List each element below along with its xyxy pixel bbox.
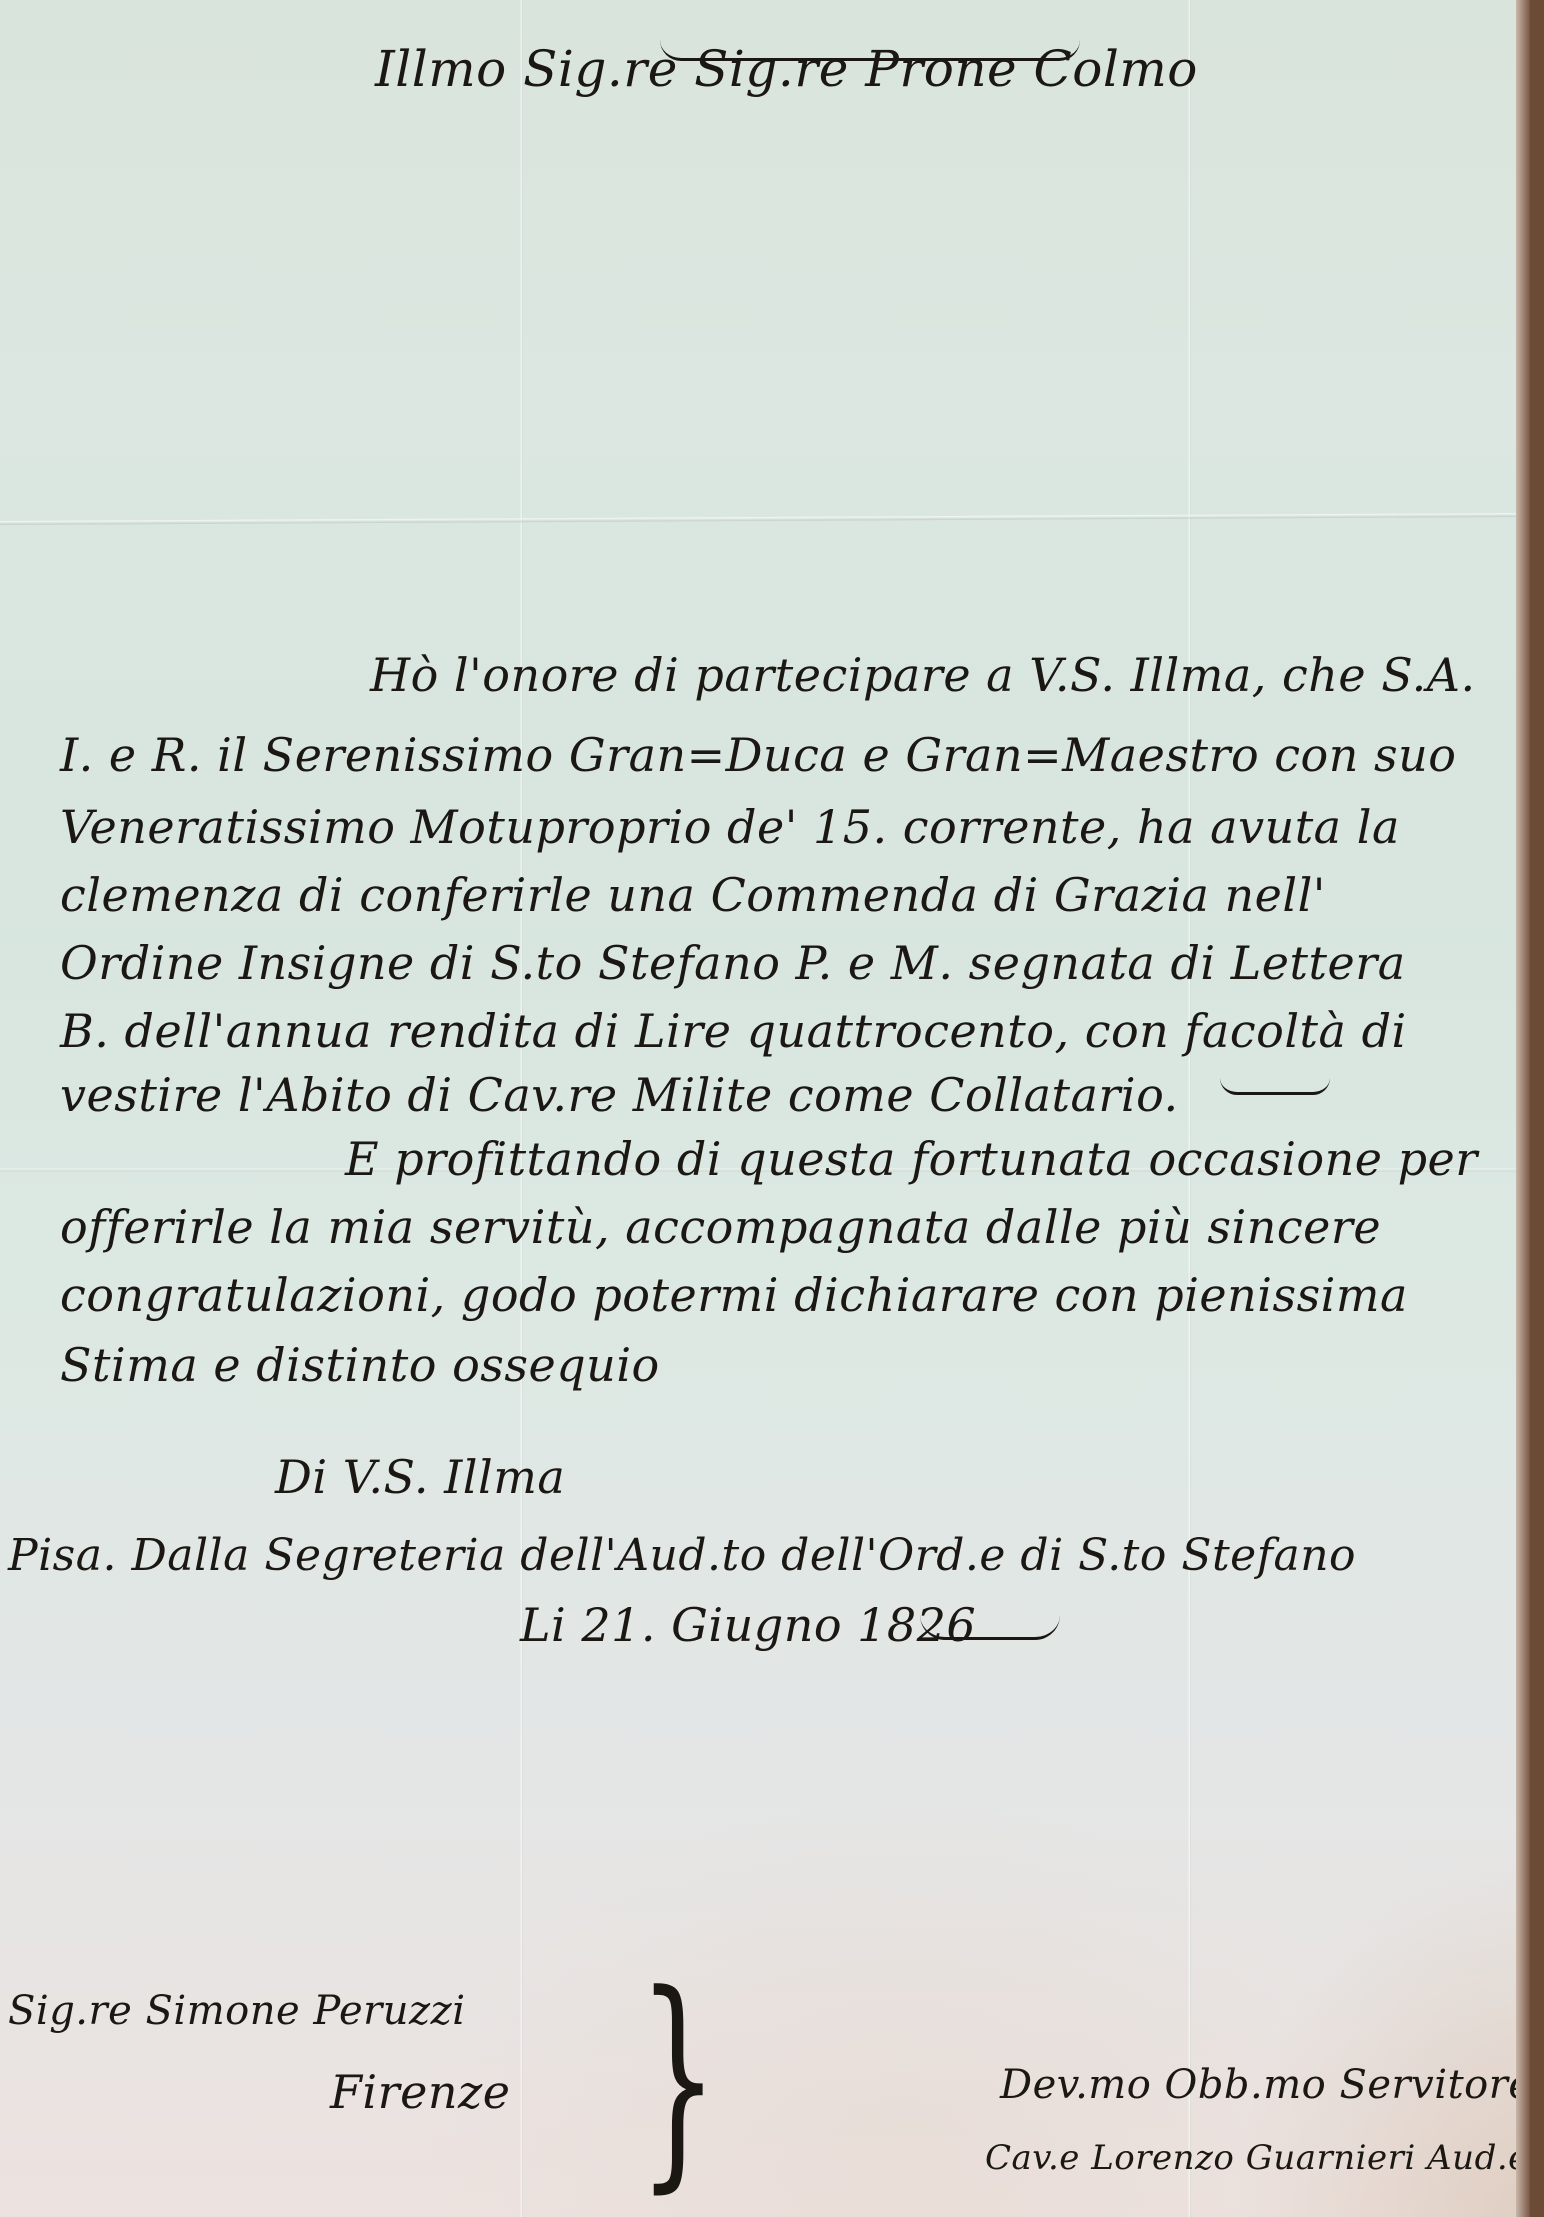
closing-place: Pisa. Dalla Segreteria dell'Aud.to dell'… xyxy=(8,1530,1356,1581)
body-line-8: E profittando di questa fortunata occasi… xyxy=(345,1132,1478,1186)
paper-edge xyxy=(1516,0,1530,2217)
body-line-11: Stima e distinto ossequio xyxy=(60,1338,660,1392)
vertical-fold-line xyxy=(1188,0,1191,2217)
horizontal-fold-line xyxy=(0,513,1530,525)
body-line-4: clemenza di conferirle una Commenda di G… xyxy=(60,868,1326,922)
closing-date: Li 21. Giugno 1826 xyxy=(520,1598,976,1652)
letter-paper: Illmo Sig.re Sig.re Prone Colmo Hò l'ono… xyxy=(0,0,1530,2217)
closing-courtesy: Di V.S. Illma xyxy=(275,1450,565,1504)
body-line-9: offerirle la mia servitù, accompagnata d… xyxy=(60,1200,1381,1254)
body-line-2: I. e R. il Serenissimo Gran=Duca e Gran=… xyxy=(60,728,1456,782)
signature-servant: Dev.mo Obb.mo Servitore xyxy=(1000,2062,1530,2108)
body-line-3: Veneratissimo Motuproprio de' 15. corren… xyxy=(60,800,1400,854)
line-end-flourish xyxy=(1220,1078,1330,1095)
body-line-5: Ordine Insigne di S.to Stefano P. e M. s… xyxy=(60,936,1406,990)
addressee-city: Firenze xyxy=(330,2065,510,2119)
body-line-7: vestire l'Abito di Cav.re Milite come Co… xyxy=(60,1068,1179,1122)
addressee-brace: } xyxy=(638,1965,718,2195)
addressee-name: Sig.re Simone Peruzzi xyxy=(8,1988,466,2034)
body-line-1: Hò l'onore di partecipare a V.S. Illma, … xyxy=(370,648,1476,702)
body-line-6: B. dell'annua rendita di Lire quattrocen… xyxy=(60,1004,1407,1058)
salutation-flourish xyxy=(660,40,1080,61)
signature-name: Cav.e Lorenzo Guarnieri Aud.e Magistrale xyxy=(985,2138,1530,2178)
body-line-10: congratulazioni, godo potermi dichiarare… xyxy=(60,1268,1408,1322)
date-flourish xyxy=(920,1615,1060,1640)
